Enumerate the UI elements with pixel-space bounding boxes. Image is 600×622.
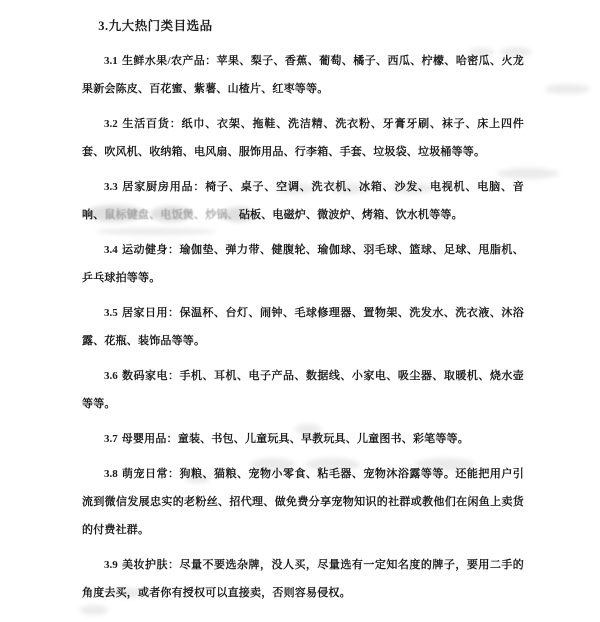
paragraph-number: 3.1	[104, 55, 118, 67]
paragraph-number: 3.9	[104, 559, 118, 571]
paragraph-number: 3.6	[104, 370, 118, 382]
document-content: 3.九大热门类目选品 3.1生鲜水果/农产品：苹果、梨子、香蕉、葡萄、橘子、西瓜…	[82, 12, 524, 607]
category-label: 居家日用：	[122, 307, 180, 319]
paragraph-3-9: 3.9美妆护肤：尽量不要选杂牌，没人买，尽量选有一定知名度的牌子，要用二手的角度…	[82, 551, 524, 607]
category-label: 美妆护肤：	[122, 559, 180, 571]
paragraph-number: 3.5	[104, 307, 118, 319]
paragraph-3-7: 3.7母婴用品：童装、书包、儿童玩具、早教玩具、儿童图书、彩笔等等。	[82, 425, 524, 453]
paragraph-number: 3.8	[104, 468, 118, 480]
category-label: 母婴用品：	[122, 433, 178, 445]
paragraph-number: 3.7	[104, 433, 118, 445]
paragraph-3-4: 3.4运动健身：瑜伽垫、弹力带、健腹轮、瑜伽球、羽毛球、篮球、足球、甩脂机、乒乓…	[82, 236, 524, 292]
paragraph-3-5: 3.5居家日用：保温杯、台灯、闹钟、毛球修理器、置物架、洗发水、洗衣液、沐浴露、…	[82, 299, 524, 355]
document-page: 3.九大热门类目选品 3.1生鲜水果/农产品：苹果、梨子、香蕉、葡萄、橘子、西瓜…	[0, 0, 600, 622]
paragraph-number: 3.2	[104, 118, 118, 130]
category-label: 生活百货：	[122, 118, 182, 130]
paragraph-3-3: 3.3居家厨房用品：椅子、桌子、空调、洗衣机、冰箱、沙发、电视机、电脑、音响、鼠…	[82, 173, 524, 229]
paragraph-3-6: 3.6数码家电：手机、耳机、电子产品、数据线、小家电、吸尘器、取暖机、烧水壶等等…	[82, 362, 524, 418]
paragraph-3-8: 3.8萌宠日常：狗粮、猫粮、宠物小零食、粘毛器、宠物沐浴露等等。还能把用户引流到…	[82, 460, 524, 544]
paragraph-number: 3.4	[104, 244, 118, 256]
category-label: 数码家电：	[122, 370, 180, 382]
smudge-artifact	[545, 84, 590, 94]
section-heading: 3.九大热门类目选品	[82, 12, 524, 40]
paragraph-3-1: 3.1生鲜水果/农产品：苹果、梨子、香蕉、葡萄、橘子、西瓜、柠檬、哈密瓜、火龙果…	[82, 47, 524, 103]
category-label: 萌宠日常：	[122, 468, 180, 480]
category-items: 童装、书包、儿童玩具、早教玩具、儿童图书、彩笔等等。	[178, 433, 469, 445]
paragraph-number: 3.3	[104, 181, 118, 193]
paragraph-3-2: 3.2生活百货：纸巾、衣架、拖鞋、洗洁精、洗衣粉、牙膏牙刷、袜子、床上四件套、吹…	[82, 110, 524, 166]
category-label: 运动健身：	[122, 244, 180, 256]
category-label: 居家厨房用品：	[122, 181, 205, 193]
category-label: 生鲜水果/农产品：	[122, 55, 217, 67]
category-items: 砧板、电磁炉、微波炉、烤箱、饮水机等等。	[239, 209, 463, 221]
category-items-faded: 鼠标键盘、电饭煲、炒锅、	[104, 209, 238, 221]
